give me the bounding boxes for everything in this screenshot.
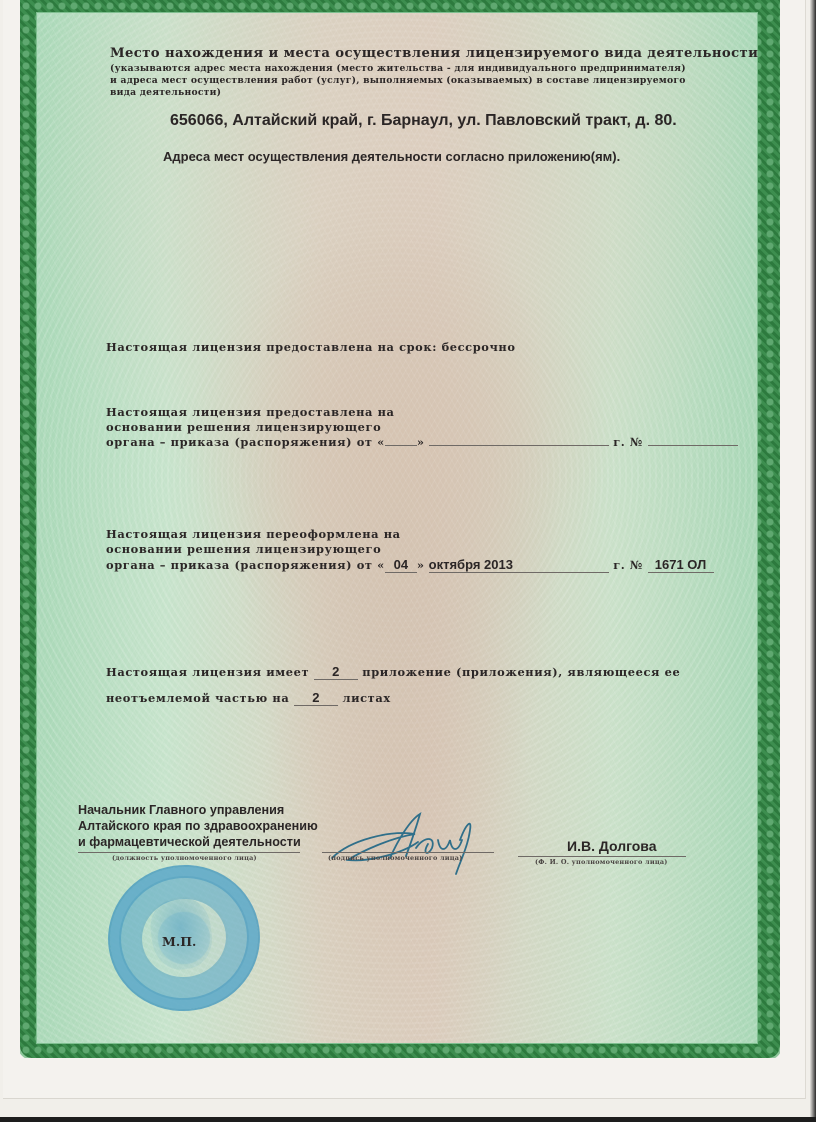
signatory-position: Начальник Главного управления Алтайского… — [78, 802, 328, 850]
name-underline — [518, 856, 686, 857]
appendix-line-1: Настоящая лицензия имеет 2 приложение (п… — [106, 664, 680, 680]
year-number-label: г. № — [613, 435, 643, 449]
sheets-suffix: листах — [342, 691, 390, 705]
name-caption: (Ф. И. О. уполномоченного лица) — [535, 858, 668, 866]
close-quote: » — [417, 435, 425, 449]
granted-line: основании решения лицензирующего — [106, 420, 738, 435]
license-address: 656066, Алтайский край, г. Барнаул, ул. … — [170, 112, 677, 130]
open-quote: « — [377, 435, 385, 449]
activity-places-note: Адреса мест осуществления деятельности с… — [163, 149, 620, 164]
seal-label: М.П. — [162, 934, 196, 949]
reissued-month-year-field: октября 2013 — [429, 557, 609, 573]
signature-caption: (подпись уполномоченного лица) — [328, 854, 462, 862]
signature-underline — [322, 852, 494, 853]
reissued-order-number-field: 1671 ОЛ — [648, 557, 714, 573]
appendix-suffix: приложение (приложения), являющееся ее — [362, 665, 680, 679]
position-underline — [78, 852, 300, 853]
granted-basis: Настоящая лицензия предоставлена на осно… — [106, 405, 738, 450]
appendix-prefix: Настоящая лицензия имеет — [106, 665, 309, 679]
granted-line: органа – приказа (распоряжения) от «» г.… — [106, 435, 738, 450]
granted-day-field — [385, 445, 417, 446]
section-title: Место нахождения и места осуществления л… — [110, 46, 758, 61]
section-note-line: вида деятельности) — [110, 87, 221, 99]
section-note-line: и адреса мест осуществления работ (услуг… — [110, 75, 686, 87]
reissued-line: основании решения лицензирующего — [106, 542, 714, 557]
granted-month-year-field — [429, 445, 609, 446]
granted-line: Настоящая лицензия предоставлена на — [106, 405, 738, 420]
document-content: Место нахождения и места осуществления л… — [0, 0, 816, 1122]
signature-icon — [320, 800, 520, 880]
reissued-line: Настоящая лицензия переоформлена на — [106, 527, 714, 542]
appendix-count-field: 2 — [314, 664, 358, 680]
granted-line-text: органа – приказа (распоряжения) от — [106, 435, 373, 449]
appendix-line-2: неотъемлемой частью на 2 листах — [106, 690, 391, 706]
section-note-line: (указываются адрес места нахождения (мес… — [110, 63, 686, 75]
reissued-line-text: органа – приказа (распоряжения) от — [106, 558, 373, 572]
reissued-line: органа – приказа (распоряжения) от «04»о… — [106, 557, 714, 573]
reissued-basis: Настоящая лицензия переоформлена на осно… — [106, 527, 714, 573]
reissued-day-field: 04 — [385, 557, 417, 573]
sheets-prefix: неотъемлемой частью на — [106, 691, 289, 705]
granted-order-number-field — [648, 445, 738, 446]
open-quote: « — [377, 558, 385, 572]
sheet-count-field: 2 — [294, 690, 338, 706]
year-number-label: г. № — [613, 558, 643, 572]
license-term: Настоящая лицензия предоставлена на срок… — [106, 340, 516, 354]
signatory-name: И.В. Долгова — [567, 838, 657, 854]
close-quote: » — [417, 558, 425, 572]
position-caption: (должность уполномоченного лица) — [112, 854, 257, 862]
